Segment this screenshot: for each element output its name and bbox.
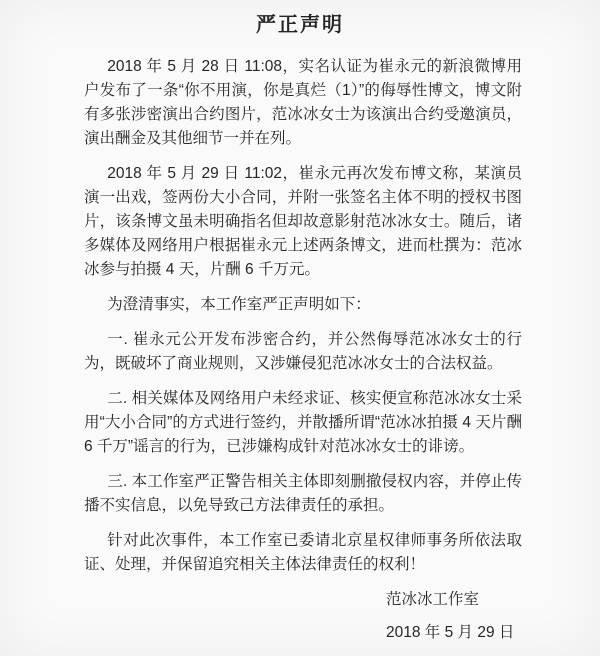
signature-block: 范冰冰工作室 2018 年 5 月 29 日 — [84, 588, 522, 645]
paragraph-incident-2: 2018 年 5 月 29 日 11:02，崔永元再次发布博文称，某演员演一出戏… — [84, 162, 522, 282]
paragraph-point-3: 三. 本工作室严正警告相关主体即刻删撤侵权内容，并停止传播不实信息，以免导致己方… — [84, 470, 522, 518]
document-body: 2018 年 5 月 28 日 11:08，实名认证为崔永元的新浪微博用户发布了… — [0, 37, 600, 645]
paragraph-point-2: 二. 相关媒体及网络用户未经求证、核实便宣称范冰冰女士采用“大小合同”的方式进行… — [84, 387, 522, 459]
paragraph-legal-action: 针对此次事件，本工作室已委请北京星权律师事务所依法取证、处理，并保留追究相关主体… — [84, 529, 522, 577]
signature-date: 2018 年 5 月 29 日 — [386, 621, 522, 645]
paragraph-point-1: 一. 崔永元公开发布涉密合约，并公然侮辱范冰冰女士的行为，既破坏了商业规则，又涉… — [84, 328, 522, 376]
paragraph-incident-1: 2018 年 5 月 28 日 11:08，实名认证为崔永元的新浪微博用户发布了… — [84, 55, 522, 151]
signature-name: 范冰冰工作室 — [386, 588, 522, 612]
document-title: 严正声明 — [0, 0, 600, 37]
statement-document: 严正声明 2018 年 5 月 28 日 11:08，实名认证为崔永元的新浪微博… — [0, 0, 600, 656]
paragraph-declaration-intro: 为澄清事实，本工作室严正声明如下： — [84, 293, 522, 317]
